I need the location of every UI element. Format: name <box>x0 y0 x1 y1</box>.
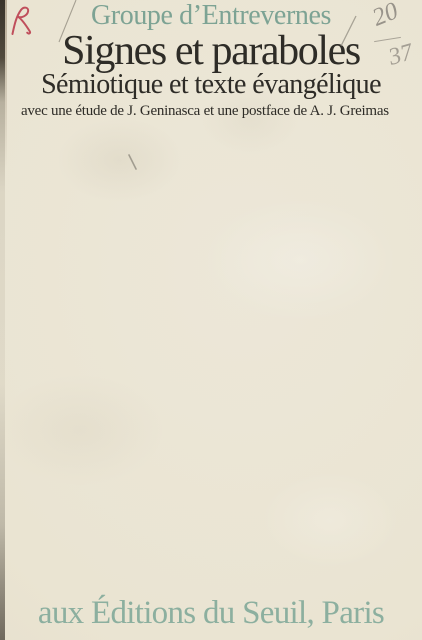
book-title: Signes et paraboles <box>0 29 422 73</box>
book-subtitle: Sémiotique et texte évangélique <box>0 69 422 100</box>
contributors-byline: avec une étude de J. Geninasca et une po… <box>21 102 389 120</box>
publisher-imprint: aux Éditions du Seuil, Paris <box>0 595 422 632</box>
collective-author: Groupe d’Entrevernes <box>0 1 422 31</box>
book-cover: Groupe d’Entrevernes Signes et paraboles… <box>0 0 422 640</box>
handwritten-red-letter-icon <box>9 5 35 37</box>
